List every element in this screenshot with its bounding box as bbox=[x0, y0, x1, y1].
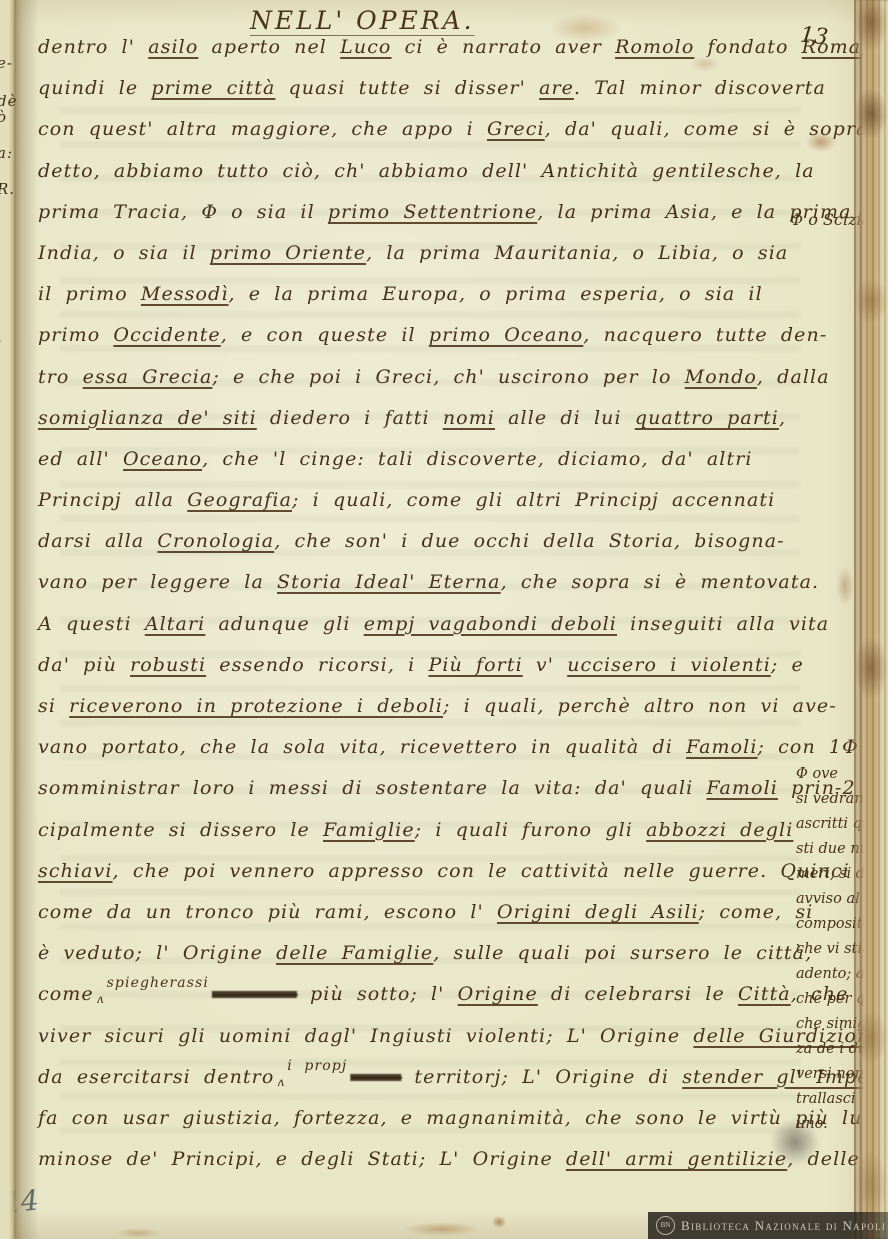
text-block: dentro l' asilo aperto nel Luco ci è nar… bbox=[38, 27, 844, 1180]
manuscript-line: cipalmente si dissero le Famiglie; i qua… bbox=[38, 810, 844, 851]
manuscript-text: vano portato, che la sola vita, ricevett… bbox=[38, 736, 686, 758]
manuscript-text: dell' armi gentilizie bbox=[566, 1148, 787, 1170]
manuscript-text: aperto nel bbox=[198, 36, 340, 58]
manuscript-text: Occidente bbox=[113, 324, 220, 346]
manuscript-line: quindi le prime città quasi tutte si dis… bbox=[38, 68, 844, 109]
manuscript-text: , che sopra si è mentovata. bbox=[501, 571, 820, 593]
interlinear-insertion: spiegherassi bbox=[97, 976, 209, 990]
manuscript-line: è veduto; l' Origine delle Famiglie, sul… bbox=[38, 933, 844, 974]
edge-text-fragment: ò bbox=[0, 110, 7, 125]
manuscript-text: Geografia bbox=[187, 489, 292, 511]
manuscript-text: vano per leggere la bbox=[38, 571, 277, 593]
manuscript-text: , sulle quali poi sursero le città, bbox=[433, 942, 812, 964]
manuscript-text: riceverono in protezione i deboli bbox=[69, 695, 443, 717]
manuscript-text: uccisero i violenti bbox=[567, 654, 771, 676]
manuscript-text: Origine bbox=[458, 983, 538, 1005]
manuscript-text: inseguiti alla vita bbox=[617, 613, 829, 635]
manuscript-scan-page: { "page": { "title": "NELL' OPERA.", "fo… bbox=[0, 0, 888, 1239]
manuscript-text: è veduto; l' Origine bbox=[38, 942, 276, 964]
manuscript-text: come bbox=[38, 983, 94, 1005]
manuscript-text: ; e bbox=[771, 654, 804, 676]
manuscript-text: abbozzi degli bbox=[646, 819, 793, 841]
manuscript-text: di celebrarsi le bbox=[538, 983, 738, 1005]
library-name: Biblioteca Nazionale di Napoli bbox=[681, 1218, 886, 1234]
manuscript-line: tro essa Grecia; e che poi i Greci, ch' … bbox=[38, 357, 844, 398]
manuscript-text: v' bbox=[523, 654, 567, 676]
manuscript-text: ci è narrato aver bbox=[391, 36, 615, 58]
manuscript-text: dentro l' bbox=[38, 36, 148, 58]
manuscript-text: asilo bbox=[148, 36, 198, 58]
manuscript-line: il primo Messodì, e la prima Europa, o p… bbox=[38, 274, 844, 315]
manuscript-text: essa Grecia bbox=[83, 366, 213, 388]
manuscript-text: ; e che poi i Greci, ch' uscirono per lo bbox=[212, 366, 684, 388]
manuscript-text: si bbox=[38, 695, 69, 717]
manuscript-text: Messodì bbox=[141, 283, 229, 305]
manuscript-text: ; i quali, perchè altro non vi ave- bbox=[443, 695, 837, 717]
manuscript-line: minose de' Principi, e degli Stati; L' O… bbox=[38, 1139, 844, 1180]
manuscript-text: Famoli bbox=[707, 777, 778, 799]
manuscript-text: Più forti bbox=[428, 654, 522, 676]
manuscript-text: Principj alla bbox=[38, 489, 187, 511]
manuscript-text: primo Oriente bbox=[210, 242, 366, 264]
manuscript-text: primo bbox=[38, 324, 113, 346]
manuscript-text: , che son' i due occhi della Storia, bis… bbox=[274, 530, 784, 552]
manuscript-text: somiglianza de' siti bbox=[38, 407, 257, 429]
manuscript-line: come da un tronco più rami, escono l' Or… bbox=[38, 892, 844, 933]
manuscript-line: prima Tracia, Φ o sia il primo Settentri… bbox=[38, 192, 844, 233]
manuscript-text: delle Famiglie bbox=[276, 942, 433, 964]
manuscript-text: somministrar loro i messi di sostentare … bbox=[38, 777, 707, 799]
manuscript-text: ; i quali furono gli bbox=[415, 819, 646, 841]
manuscript-line: comespiegherassi————— più sotto; l' Orig… bbox=[38, 974, 844, 1015]
manuscript-line: primo Occidente, e con queste il primo O… bbox=[38, 315, 844, 356]
library-banner: BN Biblioteca Nazionale di Napoli bbox=[648, 1212, 888, 1239]
manuscript-text: Storia Ideal' Eterna bbox=[277, 571, 501, 593]
manuscript-line: dentro l' asilo aperto nel Luco ci è nar… bbox=[38, 27, 844, 68]
manuscript-line: con quest' altra maggiore, che appo i Gr… bbox=[38, 109, 844, 150]
manuscript-line: da esercitarsi dentroi propj——— territor… bbox=[38, 1057, 844, 1098]
manuscript-text: India, o sia il bbox=[38, 242, 210, 264]
interlinear-insertion: i propj bbox=[277, 1059, 347, 1073]
manuscript-line: vano per leggere la Storia Ideal' Eterna… bbox=[38, 562, 844, 603]
manuscript-text: Oceano bbox=[123, 448, 202, 470]
manuscript-text: ed all' bbox=[38, 448, 123, 470]
manuscript-text: . Tal minor discoverta bbox=[574, 77, 826, 99]
manuscript-text: , che 'l cinge: tali discoverte, diciamo… bbox=[202, 448, 753, 470]
manuscript-page: NELL' OPERA. 13 14 dentro l' asilo apert… bbox=[0, 0, 888, 1239]
edge-text-fragment: e- bbox=[0, 56, 13, 71]
manuscript-text: quasi tutte si disser' bbox=[275, 77, 539, 99]
manuscript-text: più sotto; l' bbox=[297, 983, 458, 1005]
manuscript-text: tro bbox=[38, 366, 83, 388]
manuscript-text: alle di lui bbox=[495, 407, 635, 429]
manuscript-text: Luco bbox=[340, 36, 391, 58]
manuscript-text: , e con queste il bbox=[221, 324, 429, 346]
manuscript-text: da' più bbox=[38, 654, 130, 676]
manuscript-text: primo Oceano bbox=[429, 324, 583, 346]
manuscript-text: primo Settentrione bbox=[328, 201, 537, 223]
page-edge-crease bbox=[859, 0, 862, 1239]
manuscript-line: fa con usar giustizia, fortezza, e magna… bbox=[38, 1098, 844, 1139]
manuscript-text: nomi bbox=[443, 407, 495, 429]
manuscript-text: cipalmente si dissero le bbox=[38, 819, 323, 841]
foxing-stain bbox=[404, 1222, 480, 1236]
manuscript-text: viver sicuri gli uomini dagl' Ingiusti v… bbox=[38, 1025, 693, 1047]
foxing-stain bbox=[116, 1228, 160, 1238]
manuscript-text: , nacquero tutte den- bbox=[583, 324, 827, 346]
manuscript-line: Principj alla Geografia; i quali, come g… bbox=[38, 480, 844, 521]
manuscript-line: darsi alla Cronologia, che son' i due oc… bbox=[38, 521, 844, 562]
manuscript-line: detto, abbiamo tutto ciò, ch' abbiamo de… bbox=[38, 151, 844, 192]
edge-text-fragment: R. bbox=[0, 182, 15, 197]
manuscript-text: ; con 1Φ bbox=[758, 736, 859, 758]
manuscript-text: darsi alla bbox=[38, 530, 157, 552]
manuscript-text: Mondo bbox=[685, 366, 757, 388]
manuscript-text: con quest' altra maggiore, che appo i bbox=[38, 118, 487, 140]
manuscript-text: A questi bbox=[38, 613, 145, 635]
manuscript-text: da esercitarsi dentro bbox=[38, 1066, 274, 1088]
manuscript-line: da' più robusti essendo ricorsi, i Più f… bbox=[38, 645, 844, 686]
manuscript-text: , che poi vennero appresso con le cattiv… bbox=[113, 860, 850, 882]
manuscript-text: fondato bbox=[694, 36, 801, 58]
manuscript-text: Greci bbox=[487, 118, 545, 140]
library-logo-icon: BN bbox=[656, 1216, 675, 1235]
manuscript-text: , dalla bbox=[757, 366, 830, 388]
manuscript-line: somministrar loro i messi di sostentare … bbox=[38, 768, 844, 809]
struck-out-word: ————— bbox=[212, 983, 297, 1005]
manuscript-text: , e la prima Europa, o prima esperia, o … bbox=[229, 283, 763, 305]
manuscript-line: somiglianza de' siti diedero i fatti nom… bbox=[38, 398, 844, 439]
manuscript-text: Origini degli Asili bbox=[497, 901, 699, 923]
struck-out-word: ——— bbox=[350, 1066, 401, 1088]
manuscript-line: vano portato, che la sola vita, ricevett… bbox=[38, 727, 844, 768]
manuscript-text: Cronologia bbox=[157, 530, 274, 552]
manuscript-text: prima Tracia, Φ o sia il bbox=[38, 201, 328, 223]
manuscript-text: il primo bbox=[38, 283, 141, 305]
foxing-stain bbox=[492, 1216, 506, 1228]
manuscript-line: schiavi, che poi vennero appresso con le… bbox=[38, 851, 844, 892]
manuscript-text: essendo ricorsi, i bbox=[206, 654, 428, 676]
manuscript-text: Altari bbox=[145, 613, 206, 635]
manuscript-text: diedero i fatti bbox=[257, 407, 443, 429]
manuscript-line: viver sicuri gli uomini dagl' Ingiusti v… bbox=[38, 1016, 844, 1057]
manuscript-text: detto, abbiamo tutto ciò, ch' abbiamo de… bbox=[38, 160, 815, 182]
manuscript-text: ; i quali, come gli altri Principj accen… bbox=[292, 489, 775, 511]
manuscript-line: India, o sia il primo Oriente, la prima … bbox=[38, 233, 844, 274]
edge-text-fragment: , bbox=[0, 330, 3, 345]
manuscript-text: adunque gli bbox=[205, 613, 363, 635]
edge-text-fragment: dè bbox=[0, 94, 17, 109]
manuscript-text: Città bbox=[738, 983, 791, 1005]
manuscript-text: Roma bbox=[802, 36, 862, 58]
manuscript-line: ed all' Oceano, che 'l cinge: tali disco… bbox=[38, 439, 844, 480]
manuscript-text: prime città bbox=[151, 77, 275, 99]
manuscript-text: , da' quali, come si è sopra bbox=[545, 118, 869, 140]
manuscript-text: Famiglie bbox=[323, 819, 415, 841]
manuscript-text: , la prima Mauritania, o Libia, o sia bbox=[366, 242, 788, 264]
manuscript-text: quattro parti bbox=[635, 407, 779, 429]
manuscript-text: Famoli bbox=[686, 736, 757, 758]
edge-text-fragment: a: bbox=[0, 146, 13, 161]
manuscript-text: fa con usar giustizia, fortezza, e magna… bbox=[38, 1107, 870, 1129]
manuscript-text: are bbox=[539, 77, 574, 99]
manuscript-text: come da un tronco più rami, escono l' bbox=[38, 901, 497, 923]
manuscript-text: empj vagabondi deboli bbox=[364, 613, 617, 635]
manuscript-line: A questi Altari adunque gli empj vagabon… bbox=[38, 604, 844, 645]
manuscript-text: territorj; L' Origine di bbox=[401, 1066, 682, 1088]
manuscript-text: minose de' Principi, e degli Stati; L' O… bbox=[38, 1148, 566, 1170]
manuscript-text: , delle bbox=[787, 1148, 860, 1170]
manuscript-line: si riceverono in protezione i deboli; i … bbox=[38, 686, 844, 727]
manuscript-text: , bbox=[779, 407, 786, 429]
manuscript-text: robusti bbox=[130, 654, 206, 676]
manuscript-text: Romolo bbox=[615, 36, 694, 58]
manuscript-text: schiavi bbox=[38, 860, 113, 882]
manuscript-text: quindi le bbox=[38, 77, 151, 99]
